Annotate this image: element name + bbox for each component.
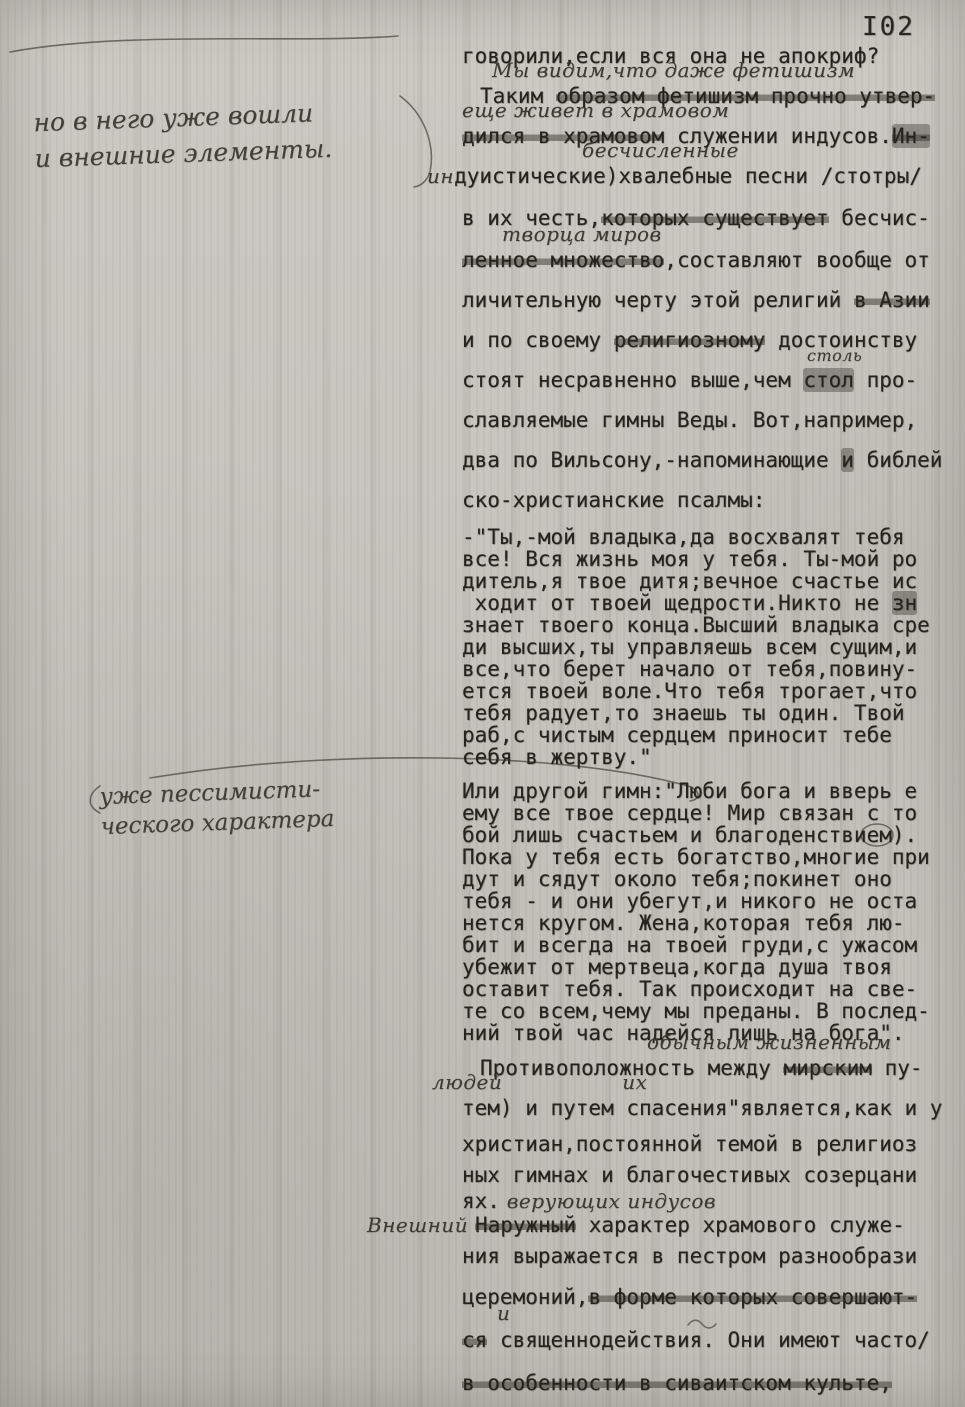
typed-text: ,составляют вообще от (664, 248, 930, 272)
quote-line: ется твоей воле.Что тебя трогает,что (462, 680, 965, 702)
struck-through-text: Ин- (892, 124, 930, 148)
quote-line: нется кругом. Жена,которая тебя лю- (462, 912, 965, 934)
text-line: и по своему религиозному достоинству (462, 320, 965, 360)
text-line: ных гимнах и благочестивых созерцани (462, 1160, 965, 1190)
typed-text: все! Вся жизнь моя у тебя. Ты-мой ро (462, 547, 917, 571)
text-line: стоят несравненно выше,чем стол про- (462, 360, 965, 400)
typed-text: бой лишь счастьем и благоденствием). (462, 823, 917, 847)
text-line: ся священнодействия. Они имеют часто/ (462, 1319, 965, 1362)
text-line: ско-христианские псалмы: (462, 480, 965, 520)
typed-text: тебя - и они убегут,и никого не оста (462, 889, 917, 913)
text-line: ния выражается в пестром разнообрази (462, 1237, 965, 1275)
typed-text: славляемые гимны Веды. Вот,например, (462, 408, 917, 432)
text-line: Внешний Наружный характер храмового служ… (367, 1213, 965, 1237)
typed-text: дуистические)хвалебные песни /стотры/ (454, 164, 922, 188)
typed-text: и по своему (462, 328, 614, 352)
margin-note-1: но в него уже вошли и внешние элементы. (33, 95, 333, 177)
text-line: ях. верующих индусов (462, 1190, 965, 1213)
scanned-manuscript-page: { "page_number": "I02", "margin_notes": … (0, 0, 965, 1407)
quote-line: знает твоего конца.Высший владыка сре (462, 614, 965, 636)
struck-through-text: религиозному (614, 328, 766, 352)
typed-text: бит и всегда на твоей груди,с ужасом (462, 933, 917, 957)
typed-text: церемоний, (462, 1285, 588, 1309)
typed-text: Пока у тебя есть богатство,многие при (462, 845, 930, 869)
quote-line: ходит от твоей щедрости.Никто не зн (462, 592, 965, 614)
smudged-text: зн (892, 591, 917, 615)
handwritten-text: Внешний (367, 1213, 475, 1237)
text-line: два по Вильсону,-напоминающие и библей (462, 440, 965, 480)
typed-text: себя в жертву." (462, 745, 652, 769)
typed-text: ско-христианские псалмы: (462, 488, 765, 512)
typed-text: все,что берет начало от тебя,повину- (462, 657, 917, 681)
quote-line: дут и сядут около тебя;покинет оно (462, 868, 965, 890)
smudged-text: и (841, 448, 854, 472)
typed-text: убежит от мертвеца,когда душа твоя (462, 955, 892, 979)
quote-line: ему все твое сердце! Мир связан с то (462, 802, 965, 824)
text-line: индуистические)хвалебные песни /стотры/ (427, 156, 965, 196)
text-line: славляемые гимны Веды. Вот,например, (462, 400, 965, 440)
struck-through-text: в Азии (854, 288, 930, 312)
typed-text: ях. (462, 1189, 500, 1213)
text-line: христиан,постоянной темой в религиоз (462, 1128, 965, 1160)
text-line: Противоположность между мирским пу- (480, 1048, 965, 1088)
handwritten-text: ин (427, 164, 454, 188)
text-line: тем) и путем спасения"является,как и у (462, 1088, 965, 1128)
typed-text: раб,с чистым сердцем приносит тебе (462, 723, 892, 747)
margin-note-2: уже пессимисти- ческого характера (99, 774, 335, 842)
typed-text: ему все твое сердце! Мир связан с то (462, 801, 917, 825)
struck-through-text: Наружный (475, 1213, 576, 1237)
quote-line: бит и всегда на твоей груди,с ужасом (462, 934, 965, 956)
text-line: в особенности в сиваитском культе, (462, 1362, 965, 1405)
typed-text: дут и сядут около тебя;покинет оно (462, 867, 892, 891)
typed-text: ных гимнах и благочестивых созерцани (462, 1163, 917, 1187)
typed-text: пу- (872, 1056, 923, 1080)
smudged-text: стол (803, 368, 854, 392)
typed-text: библей (854, 448, 943, 472)
margin-note1-overline-stroke (10, 36, 398, 52)
typed-text: тебя радует,то знаешь ты один. Твой (462, 701, 905, 725)
typed-text: ди высших,ты управляешь всем сущим,и (462, 635, 917, 659)
quote-line: раб,с чистым сердцем приносит тебе (462, 724, 965, 746)
struck-through-text: ся (462, 1328, 487, 1352)
typed-text: христиан,постоянной темой в религиоз (462, 1132, 917, 1156)
typed-text: -"Ты,-мой владыка,да восхвалят тебя (462, 525, 905, 549)
typed-text: характер храмового служе- (576, 1213, 905, 1237)
quote-line: Или другой гимн:"Люби бога и вверь е (462, 780, 965, 802)
text-column: говорили,если вся она не апокриф?Мы види… (462, 36, 965, 1405)
text-line: церемоний,в форме которых совершают- (462, 1275, 965, 1319)
typed-text: оставит тебя. Так происходит на све- (462, 977, 917, 1001)
quote-line: оставит тебя. Так происходит на све- (462, 978, 965, 1000)
quote-line: дитель,я твое дитя;вечное счастье ис (462, 570, 965, 592)
quote-line: все! Вся жизнь моя у тебя. Ты-мой ро (462, 548, 965, 570)
typed-text: знает твоего конца.Высший владыка сре (462, 613, 930, 637)
struck-through-text: в особенности в сиваитском культе, (462, 1371, 892, 1395)
typed-text: про- (854, 368, 917, 392)
typed-text: бесчис- (829, 206, 930, 230)
typed-text: личительную черту этой религий (462, 288, 854, 312)
text-line: ленное множество,составляют вообще от (462, 240, 965, 280)
typed-text: ходит от твоей щедрости.Никто не (462, 591, 892, 615)
typed-text: Или другой гимн:"Люби бога и вверь е (462, 779, 917, 803)
quote-line: Пока у тебя есть богатство,многие при (462, 846, 965, 868)
typed-text: стоят несравненно выше,чем (462, 368, 803, 392)
typed-text: тем) и путем спасения"является,как и у (462, 1096, 942, 1120)
handwritten-text: верующих индусов (500, 1189, 716, 1213)
struck-through-text: ленное множество (462, 248, 664, 272)
quote-line: те со всем,чему мы преданы. В послед- (462, 1000, 965, 1022)
typed-text: дитель,я твое дитя;вечное счастье ис (462, 569, 917, 593)
struck-through-text: в форме которых совершают- (588, 1285, 917, 1309)
typed-text: ется твоей воле.Что тебя трогает,что (462, 679, 917, 703)
struck-through-text: мирским (783, 1056, 872, 1080)
quote-line: убежит от мертвеца,когда душа твоя (462, 956, 965, 978)
typed-text: ния выражается в пестром разнообрази (462, 1244, 917, 1268)
quote-line: тебя - и они убегут,и никого не оста (462, 890, 965, 912)
quote-line: тебя радует,то знаешь ты один. Твой (462, 702, 965, 724)
quote-line: ди высших,ты управляешь всем сущим,и (462, 636, 965, 658)
typed-text: нется кругом. Жена,которая тебя лю- (462, 911, 905, 935)
quote-line: -"Ты,-мой владыка,да восхвалят тебя (462, 526, 965, 548)
quote-line: себя в жертву." (462, 746, 965, 768)
typed-text: два по Вильсону,-напоминающие (462, 448, 841, 472)
text-line: личительную черту этой религий в Азии (462, 280, 965, 320)
typed-text: те со всем,чему мы преданы. В послед- (462, 999, 930, 1023)
typed-text: священнодействия. Они имеют часто/ (487, 1328, 930, 1352)
quote-line: бой лишь счастьем и благоденствием). (462, 824, 965, 846)
quote-line: все,что берет начало от тебя,повину- (462, 658, 965, 680)
